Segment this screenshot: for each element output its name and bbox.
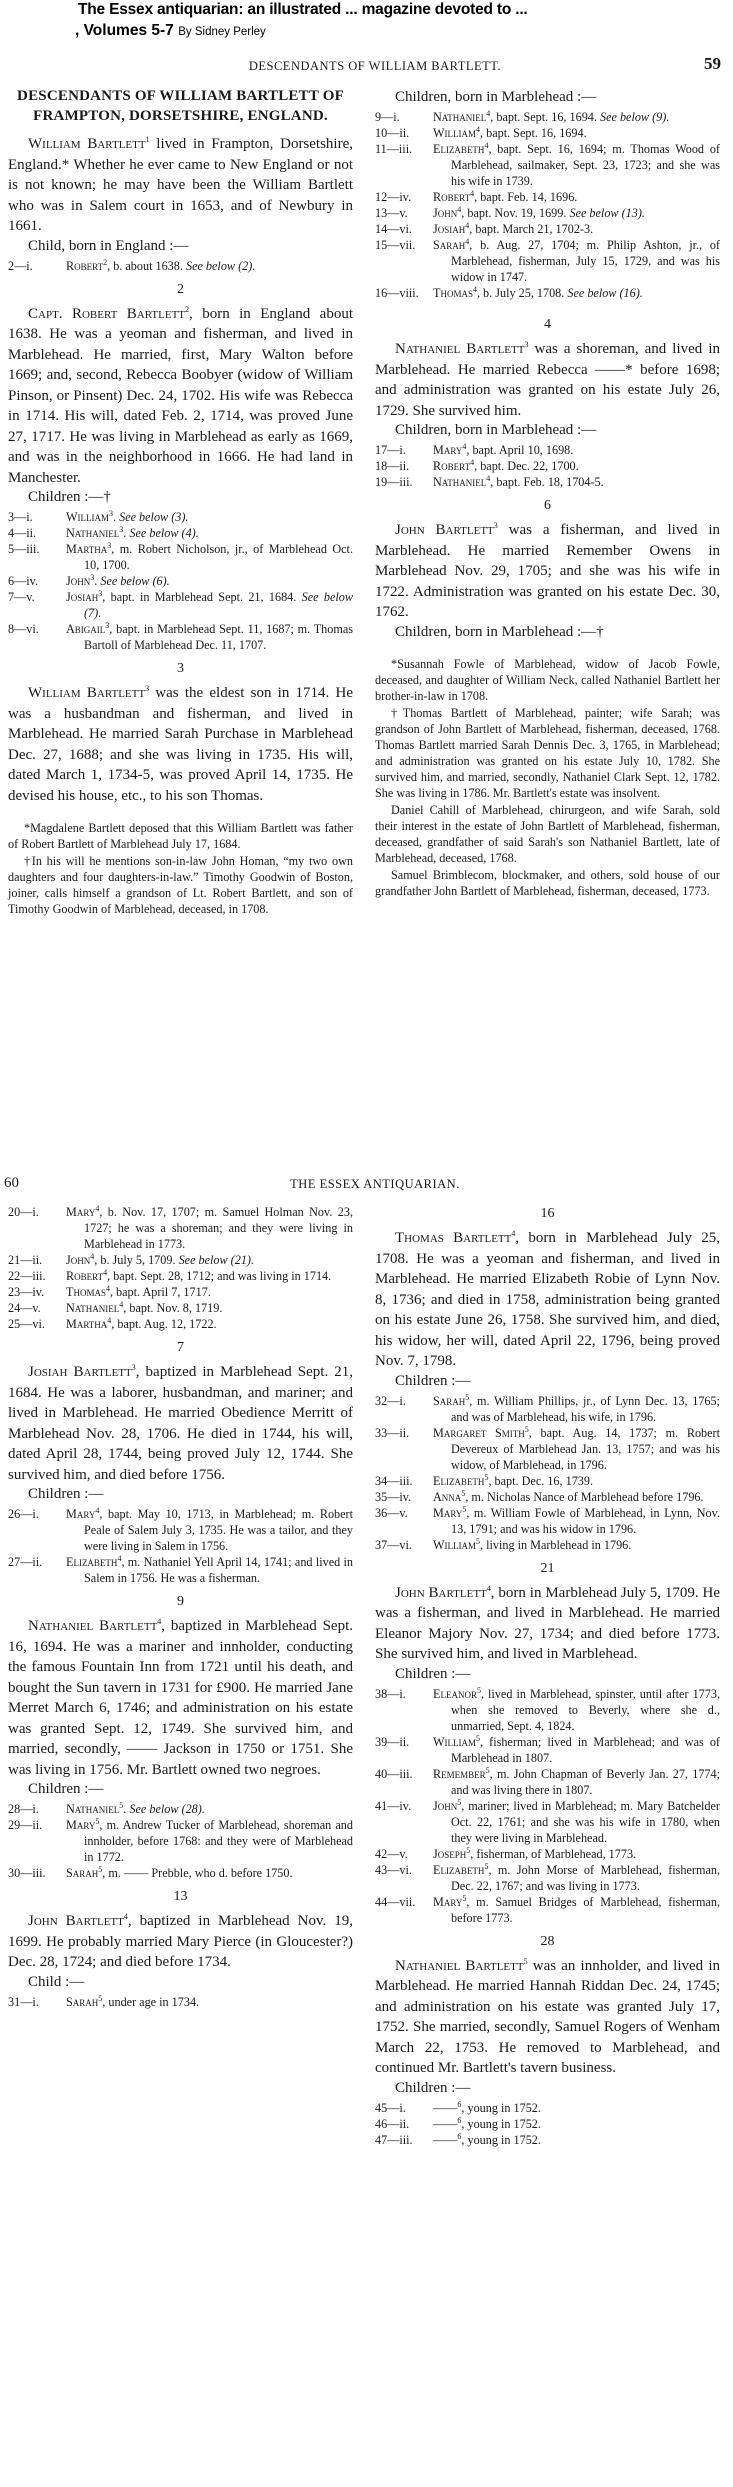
- child-text: Sarah4, b. Aug. 27, 1704; m. Philip Asht…: [433, 237, 720, 285]
- child-entry: 22—iii.Robert4, bapt. Sept. 28, 1712; an…: [8, 1268, 353, 1284]
- child-number: 15—vii.: [375, 237, 433, 285]
- child-name: Martha: [66, 542, 107, 556]
- child-text: ——6, young in 1752.: [433, 2100, 720, 2116]
- section-3-paragraph: William Bartlett3 was the eldest son in …: [8, 683, 353, 806]
- child-text: Sarah5, under age in 1734.: [66, 1994, 353, 2010]
- child-name: Thomas: [433, 286, 473, 300]
- child-number: 47—iii.: [375, 2132, 433, 2148]
- child-number: 39—ii.: [375, 1734, 433, 1766]
- child-name: Margaret Smith: [433, 1426, 525, 1440]
- child-text: Martha4, bapt. Aug. 12, 1722.: [66, 1316, 353, 1332]
- children-label: Children, born in Marblehead :—†: [395, 623, 720, 642]
- child-name: Remember: [433, 1767, 486, 1781]
- section-7-paragraph: Josiah Bartlett3, baptized in Marblehead…: [8, 1362, 353, 1485]
- book-subtitle: , Volumes 5-7 By Sidney Perley: [75, 22, 266, 40]
- child-name: Elizabeth: [433, 142, 484, 156]
- child-name: Josiah: [433, 222, 465, 236]
- children-list: 31—i.Sarah5, under age in 1734.: [8, 1994, 353, 2010]
- child-name: ——: [433, 2133, 457, 2147]
- child-number: 46—ii.: [375, 2116, 433, 2132]
- child-name: Nathaniel: [66, 1802, 119, 1816]
- child-name: Robert: [66, 1269, 103, 1283]
- child-text: Mary4, bapt. April 10, 1698.: [433, 442, 720, 458]
- child-entry: 37—vi.William5, living in Marblehead in …: [375, 1537, 720, 1553]
- child-text: Abigail3, bapt. in Marblehead Sept. 11, …: [66, 621, 353, 653]
- child-number: 42—v.: [375, 1846, 433, 1862]
- child-number: 6—iv.: [8, 573, 66, 589]
- child-text: Thomas4, bapt. April 7, 1717.: [66, 1284, 353, 1300]
- child-text: Joseph5, fisherman, of Marblehead, 1773.: [433, 1846, 720, 1862]
- child-text: Remember5, m. John Chapman of Beverly Ja…: [433, 1766, 720, 1798]
- child-text: William3. See below (3).: [66, 509, 353, 525]
- child-name: Mary: [66, 1507, 95, 1521]
- see-below-reference: See below (9).: [600, 110, 669, 124]
- child-number: 4—ii.: [8, 525, 66, 541]
- child-number: 27—ii.: [8, 1554, 66, 1586]
- book-header: The Essex antiquarian: an illustrated ..…: [0, 0, 733, 42]
- children-list: 32—i.Sarah5, m. William Phillips, jr., o…: [375, 1393, 720, 1553]
- child-text: Nathaniel4, bapt. Nov. 8, 1719.: [66, 1300, 353, 1316]
- child-text: Mary5, m. Andrew Tucker of Marblehead, s…: [66, 1817, 353, 1865]
- child-number: 32—i.: [375, 1393, 433, 1425]
- children-list: 2—i.Robert2, b. about 1638. See below (2…: [8, 258, 353, 274]
- child-entry: 18—ii.Robert4, bapt. Dec. 22, 1700.: [375, 458, 720, 474]
- footnotes: *Susannah Fowle of Marblehead, widow of …: [375, 656, 720, 899]
- child-name: William: [66, 510, 109, 524]
- child-entry: 10—ii.William4, bapt. Sept. 16, 1694.: [375, 125, 720, 141]
- section-number: 7: [8, 1338, 353, 1358]
- child-text: Sarah5, m. William Phillips, jr., of Lyn…: [433, 1393, 720, 1425]
- running-head: 60 THE ESSEX ANTIQUARIAN.: [0, 1172, 733, 1196]
- child-name: Robert: [66, 259, 103, 273]
- child-text: Nathaniel4, bapt. Feb. 18, 1704-5.: [433, 474, 720, 490]
- section-number: 6: [375, 496, 720, 516]
- child-entry: 47—iii.——6, young in 1752.: [375, 2132, 720, 2148]
- article-title: DESCENDANTS OF WILLIAM BARTLETT OF FRAMP…: [8, 86, 353, 126]
- child-number: 35—iv.: [375, 1489, 433, 1505]
- child-number: 18—ii.: [375, 458, 433, 474]
- section-16-paragraph: Thomas Bartlett4, born in Marblehead Jul…: [375, 1228, 720, 1372]
- child-entry: 5—iii.Martha3, m. Robert Nicholson, jr.,…: [8, 541, 353, 573]
- child-entry: 36—v.Mary5, m. William Fowle of Marblehe…: [375, 1505, 720, 1537]
- children-label: Child, born in England :—: [28, 237, 353, 256]
- child-text: ——6, young in 1752.: [433, 2132, 720, 2148]
- right-column: 16 Thomas Bartlett4, born in Marblehead …: [375, 1204, 720, 2152]
- child-entry: 14—vi.Josiah4, bapt. March 21, 1702-3.: [375, 221, 720, 237]
- child-name: Robert: [433, 459, 470, 473]
- child-text: Mary5, m. Samuel Bridges of Marblehead, …: [433, 1894, 720, 1926]
- child-text: Josiah4, bapt. March 21, 1702-3.: [433, 221, 720, 237]
- children-label: Children, born in Marblehead :—: [395, 421, 720, 440]
- child-text: Mary4, bapt. May 10, 1713, in Marblehead…: [66, 1506, 353, 1554]
- child-entry: 25—vi.Martha4, bapt. Aug. 12, 1722.: [8, 1316, 353, 1332]
- child-text: Nathaniel5. See below (28).: [66, 1801, 353, 1817]
- running-head: DESCENDANTS OF WILLIAM BARTLETT. 59: [0, 54, 733, 78]
- child-name: John: [433, 1799, 457, 1813]
- child-entry: 9—i.Nathaniel4, bapt. Sept. 16, 1694. Se…: [375, 109, 720, 125]
- footnote: Samuel Brimblecom, blockmaker, and other…: [375, 867, 720, 899]
- child-text: Mary5, m. William Fowle of Marblehead, i…: [433, 1505, 720, 1537]
- child-entry: 38—i.Eleanor5, lived in Marblehead, spin…: [375, 1686, 720, 1734]
- child-text: Eleanor5, lived in Marblehead, spinster,…: [433, 1686, 720, 1734]
- children-label: Children :—: [395, 1665, 720, 1684]
- footnote: †In his will he mentions son-in-law John…: [8, 853, 353, 917]
- book-title: The Essex antiquarian: an illustrated ..…: [78, 1, 528, 19]
- child-entry: 45—i.——6, young in 1752.: [375, 2100, 720, 2116]
- page-number: 60: [4, 1175, 19, 1192]
- section-number: 16: [375, 1204, 720, 1224]
- child-entry: 3—i.William3. See below (3).: [8, 509, 353, 525]
- left-column: 20—i.Mary4, b. Nov. 17, 1707; m. Samuel …: [8, 1204, 353, 2014]
- child-text: Thomas4, b. July 25, 1708. See below (16…: [433, 285, 720, 301]
- child-name: Mary: [66, 1818, 95, 1832]
- child-text: Mary4, b. Nov. 17, 1707; m. Samuel Holma…: [66, 1204, 353, 1252]
- child-name: Anna: [433, 1490, 461, 1504]
- section-number: 9: [8, 1592, 353, 1612]
- children-list: 3—i.William3. See below (3).4—ii.Nathani…: [8, 509, 353, 653]
- child-number: 33—ii.: [375, 1425, 433, 1473]
- section-number: 28: [375, 1932, 720, 1952]
- child-number: 44—vii.: [375, 1894, 433, 1926]
- see-below-reference: See below (4).: [129, 526, 198, 540]
- child-number: 30—iii.: [8, 1865, 66, 1881]
- section-6-paragraph: John Bartlett3 was a fisherman, and live…: [375, 520, 720, 623]
- child-entry: 42—v.Joseph5, fisherman, of Marblehead, …: [375, 1846, 720, 1862]
- child-name: Eleanor: [433, 1687, 477, 1701]
- child-name: Thomas: [66, 1285, 106, 1299]
- child-number: 9—i.: [375, 109, 433, 125]
- child-entry: 41—iv.John5, mariner; lived in Marblehea…: [375, 1798, 720, 1846]
- child-name: John: [66, 1253, 90, 1267]
- child-number: 23—iv.: [8, 1284, 66, 1300]
- children-list: 20—i.Mary4, b. Nov. 17, 1707; m. Samuel …: [8, 1204, 353, 1332]
- child-number: 22—iii.: [8, 1268, 66, 1284]
- child-entry: 21—ii.John4, b. July 5, 1709. See below …: [8, 1252, 353, 1268]
- child-text: Robert4, bapt. Feb. 14, 1696.: [433, 189, 720, 205]
- children-label: Children :—†: [28, 488, 353, 507]
- child-entry: 27—ii.Elizabeth4, m. Nathaniel Yell Apri…: [8, 1554, 353, 1586]
- children-list: 9—i.Nathaniel4, bapt. Sept. 16, 1694. Se…: [375, 109, 720, 301]
- child-entry: 11—iii.Elizabeth4, bapt. Sept. 16, 1694;…: [375, 141, 720, 189]
- child-entry: 16—viii.Thomas4, b. July 25, 1708. See b…: [375, 285, 720, 301]
- child-name: William: [433, 1735, 476, 1749]
- child-number: 12—iv.: [375, 189, 433, 205]
- child-name: Nathaniel: [433, 475, 486, 489]
- child-number: 24—v.: [8, 1300, 66, 1316]
- footnote: †Thomas Bartlett of Marblehead, painter;…: [375, 705, 720, 801]
- child-text: John4, bapt. Nov. 19, 1699. See below (1…: [433, 205, 720, 221]
- child-name: Elizabeth: [433, 1863, 484, 1877]
- child-entry: 35—iv.Anna5, m. Nicholas Nance of Marble…: [375, 1489, 720, 1505]
- child-name: Elizabeth: [66, 1555, 117, 1569]
- child-number: 38—i.: [375, 1686, 433, 1734]
- child-entry: 34—iii.Elizabeth5, bapt. Dec. 16, 1739.: [375, 1473, 720, 1489]
- child-number: 5—iii.: [8, 541, 66, 573]
- child-text: William5, fisherman; lived in Marblehead…: [433, 1734, 720, 1766]
- child-entry: 32—i.Sarah5, m. William Phillips, jr., o…: [375, 1393, 720, 1425]
- child-number: 2—i.: [8, 258, 66, 274]
- child-name: Abigail: [66, 622, 105, 636]
- children-label: Child :—: [28, 1973, 353, 1992]
- page-59: DESCENDANTS OF WILLIAM BARTLETT. 59 DESC…: [0, 46, 733, 1166]
- section-number: 3: [8, 659, 353, 679]
- child-number: 19—iii.: [375, 474, 433, 490]
- child-number: 8—vi.: [8, 621, 66, 653]
- child-number: 20—i.: [8, 1204, 66, 1252]
- children-label: Children, born in Marblehead :—: [395, 88, 720, 107]
- child-text: Nathaniel4, bapt. Sept. 16, 1694. See be…: [433, 109, 720, 125]
- children-list: 17—i.Mary4, bapt. April 10, 1698.18—ii.R…: [375, 442, 720, 490]
- child-number: 31—i.: [8, 1994, 66, 2010]
- child-entry: 40—iii.Remember5, m. John Chapman of Bev…: [375, 1766, 720, 1798]
- child-number: 25—vi.: [8, 1316, 66, 1332]
- section-number: 4: [375, 315, 720, 335]
- child-name: Mary: [433, 443, 462, 457]
- children-list: 45—i.——6, young in 1752.46—ii.——6, young…: [375, 2100, 720, 2148]
- section-number: 2: [8, 280, 353, 300]
- child-entry: 17—i.Mary4, bapt. April 10, 1698.: [375, 442, 720, 458]
- child-name: Mary: [433, 1895, 462, 1909]
- child-text: Elizabeth4, m. Nathaniel Yell April 14, …: [66, 1554, 353, 1586]
- see-below-reference: See below (28).: [129, 1802, 204, 1816]
- child-name: John: [66, 574, 90, 588]
- running-head-title: DESCENDANTS OF WILLIAM BARTLETT.: [150, 59, 600, 74]
- see-below-reference: See below (21).: [179, 1253, 254, 1267]
- see-below-reference: See below (13).: [569, 206, 644, 220]
- child-name: Sarah: [66, 1995, 98, 2009]
- child-entry: 7—v.Josiah3, bapt. in Marblehead Sept. 2…: [8, 589, 353, 621]
- child-name: William: [433, 126, 476, 140]
- child-name: Robert: [433, 190, 470, 204]
- section-2-paragraph: Capt. Robert Bartlett2, born in England …: [8, 304, 353, 489]
- child-number: 13—v.: [375, 205, 433, 221]
- section-number: 21: [375, 1559, 720, 1579]
- child-text: Margaret Smith5, bapt. Aug. 14, 1737; m.…: [433, 1425, 720, 1473]
- child-text: William5, living in Marblehead in 1796.: [433, 1537, 720, 1553]
- children-list: 26—i.Mary4, bapt. May 10, 1713, in Marbl…: [8, 1506, 353, 1586]
- book-author: By Sidney Perley: [178, 26, 266, 38]
- child-entry: 24—v.Nathaniel4, bapt. Nov. 8, 1719.: [8, 1300, 353, 1316]
- child-name: Martha: [66, 1317, 107, 1331]
- child-entry: 13—v.John4, bapt. Nov. 19, 1699. See bel…: [375, 205, 720, 221]
- book-volumes: , Volumes 5-7: [75, 22, 174, 39]
- child-text: Robert2, b. about 1638. See below (2).: [66, 258, 353, 274]
- child-text: ——6, young in 1752.: [433, 2116, 720, 2132]
- child-text: Elizabeth5, m. John Morse of Marblehead,…: [433, 1862, 720, 1894]
- child-name: ——: [433, 2117, 457, 2131]
- section-13-paragraph: John Bartlett4, baptized in Marblehead N…: [8, 1911, 353, 1973]
- footnotes: *Magdalene Bartlett deposed that this Wi…: [8, 820, 353, 917]
- children-label: Children :—: [28, 1780, 353, 1799]
- child-entry: 23—iv.Thomas4, bapt. April 7, 1717.: [8, 1284, 353, 1300]
- child-text: John5, mariner; lived in Marblehead; m. …: [433, 1798, 720, 1846]
- child-name: Sarah: [433, 1394, 465, 1408]
- child-entry: 4—ii.Nathaniel3. See below (4).: [8, 525, 353, 541]
- child-number: 43—vi.: [375, 1862, 433, 1894]
- child-entry: 29—ii.Mary5, m. Andrew Tucker of Marbleh…: [8, 1817, 353, 1865]
- child-entry: 44—vii.Mary5, m. Samuel Bridges of Marbl…: [375, 1894, 720, 1926]
- child-text: Anna5, m. Nicholas Nance of Marblehead b…: [433, 1489, 720, 1505]
- children-list: 38—i.Eleanor5, lived in Marblehead, spin…: [375, 1686, 720, 1926]
- page-number: 59: [704, 54, 721, 74]
- see-below-reference: See below (16).: [567, 286, 642, 300]
- child-text: Robert4, bapt. Sept. 28, 1712; and was l…: [66, 1268, 353, 1284]
- page-60: 60 THE ESSEX ANTIQUARIAN. 20—i.Mary4, b.…: [0, 1164, 733, 2487]
- child-name: Nathaniel: [66, 1301, 119, 1315]
- child-text: Elizabeth4, bapt. Sept. 16, 1694; m. Tho…: [433, 141, 720, 189]
- section-number: 13: [8, 1887, 353, 1907]
- section-1-paragraph: William Bartlett1 lived in Frampton, Dor…: [8, 134, 353, 237]
- child-number: 7—v.: [8, 589, 66, 621]
- child-entry: 12—iv.Robert4, bapt. Feb. 14, 1696.: [375, 189, 720, 205]
- child-name: ——: [433, 2101, 457, 2115]
- section-9-paragraph: Nathaniel Bartlett4, baptized in Marbleh…: [8, 1616, 353, 1780]
- left-column: DESCENDANTS OF WILLIAM BARTLETT OF FRAMP…: [8, 86, 353, 918]
- child-number: 3—i.: [8, 509, 66, 525]
- child-text: John4, b. July 5, 1709. See below (21).: [66, 1252, 353, 1268]
- child-number: 11—iii.: [375, 141, 433, 189]
- footnote: *Magdalene Bartlett deposed that this Wi…: [8, 820, 353, 852]
- child-name: Mary: [433, 1506, 462, 1520]
- child-number: 45—i.: [375, 2100, 433, 2116]
- child-name: John: [433, 206, 457, 220]
- child-text: Sarah5, m. —— Prebble, who d. before 175…: [66, 1865, 353, 1881]
- child-name: Nathaniel: [66, 526, 119, 540]
- child-entry: 2—i.Robert2, b. about 1638. See below (2…: [8, 258, 353, 274]
- child-entry: 26—i.Mary4, bapt. May 10, 1713, in Marbl…: [8, 1506, 353, 1554]
- child-number: 17—i.: [375, 442, 433, 458]
- child-entry: 19—iii.Nathaniel4, bapt. Feb. 18, 1704-5…: [375, 474, 720, 490]
- children-label: Children :—: [395, 1372, 720, 1391]
- child-number: 34—iii.: [375, 1473, 433, 1489]
- child-number: 10—ii.: [375, 125, 433, 141]
- children-label: Children :—: [395, 2079, 720, 2098]
- see-below-reference: See below (3).: [119, 510, 188, 524]
- child-number: 41—iv.: [375, 1798, 433, 1846]
- child-text: William4, bapt. Sept. 16, 1694.: [433, 125, 720, 141]
- child-number: 37—vi.: [375, 1537, 433, 1553]
- child-number: 26—i.: [8, 1506, 66, 1554]
- child-entry: 46—ii.——6, young in 1752.: [375, 2116, 720, 2132]
- child-entry: 8—vi.Abigail3, bapt. in Marblehead Sept.…: [8, 621, 353, 653]
- child-entry: 39—ii.William5, fisherman; lived in Marb…: [375, 1734, 720, 1766]
- child-text: John3. See below (6).: [66, 573, 353, 589]
- child-entry: 30—iii.Sarah5, m. —— Prebble, who d. bef…: [8, 1865, 353, 1881]
- child-entry: 20—i.Mary4, b. Nov. 17, 1707; m. Samuel …: [8, 1204, 353, 1252]
- child-text: Elizabeth5, bapt. Dec. 16, 1739.: [433, 1473, 720, 1489]
- child-number: 29—ii.: [8, 1817, 66, 1865]
- child-name: William: [433, 1538, 476, 1552]
- see-below-reference: See below (6).: [100, 574, 169, 588]
- children-label: Children :—: [28, 1485, 353, 1504]
- child-name: Mary: [66, 1205, 95, 1219]
- child-entry: 43—vi.Elizabeth5, m. John Morse of Marbl…: [375, 1862, 720, 1894]
- section-28-paragraph: Nathaniel Bartlett5 was an innholder, an…: [375, 1956, 720, 2079]
- child-number: 36—v.: [375, 1505, 433, 1537]
- child-text: Martha3, m. Robert Nicholson, jr., of Ma…: [66, 541, 353, 573]
- child-name: Sarah: [66, 1866, 98, 1880]
- child-text: Josiah3, bapt. in Marblehead Sept. 21, 1…: [66, 589, 353, 621]
- child-entry: 15—vii.Sarah4, b. Aug. 27, 1704; m. Phil…: [375, 237, 720, 285]
- child-number: 40—iii.: [375, 1766, 433, 1798]
- section-4-paragraph: Nathaniel Bartlett3 was a shoreman, and …: [375, 339, 720, 421]
- child-entry: 31—i.Sarah5, under age in 1734.: [8, 1994, 353, 2010]
- child-name: Joseph: [433, 1847, 466, 1861]
- child-text: Nathaniel3. See below (4).: [66, 525, 353, 541]
- footnote: *Susannah Fowle of Marblehead, widow of …: [375, 656, 720, 704]
- child-number: 28—i.: [8, 1801, 66, 1817]
- child-number: 16—viii.: [375, 285, 433, 301]
- footnote: Daniel Cahill of Marblehead, chirurgeon,…: [375, 802, 720, 866]
- child-name: Elizabeth: [433, 1474, 484, 1488]
- children-list: 28—i.Nathaniel5. See below (28).29—ii.Ma…: [8, 1801, 353, 1881]
- child-name: Josiah: [66, 590, 98, 604]
- child-name: Nathaniel: [433, 110, 486, 124]
- right-column: Children, born in Marblehead :— 9—i.Nath…: [375, 88, 720, 900]
- child-entry: 33—ii.Margaret Smith5, bapt. Aug. 14, 17…: [375, 1425, 720, 1473]
- child-entry: 28—i.Nathaniel5. See below (28).: [8, 1801, 353, 1817]
- running-head-title: THE ESSEX ANTIQUARIAN.: [150, 1177, 600, 1192]
- section-21-paragraph: John Bartlett4, born in Marblehead July …: [375, 1583, 720, 1665]
- child-number: 21—ii.: [8, 1252, 66, 1268]
- child-number: 14—vi.: [375, 221, 433, 237]
- child-name: Sarah: [433, 238, 465, 252]
- child-entry: 6—iv.John3. See below (6).: [8, 573, 353, 589]
- child-text: Robert4, bapt. Dec. 22, 1700.: [433, 458, 720, 474]
- see-below-reference: See below (2).: [186, 259, 255, 273]
